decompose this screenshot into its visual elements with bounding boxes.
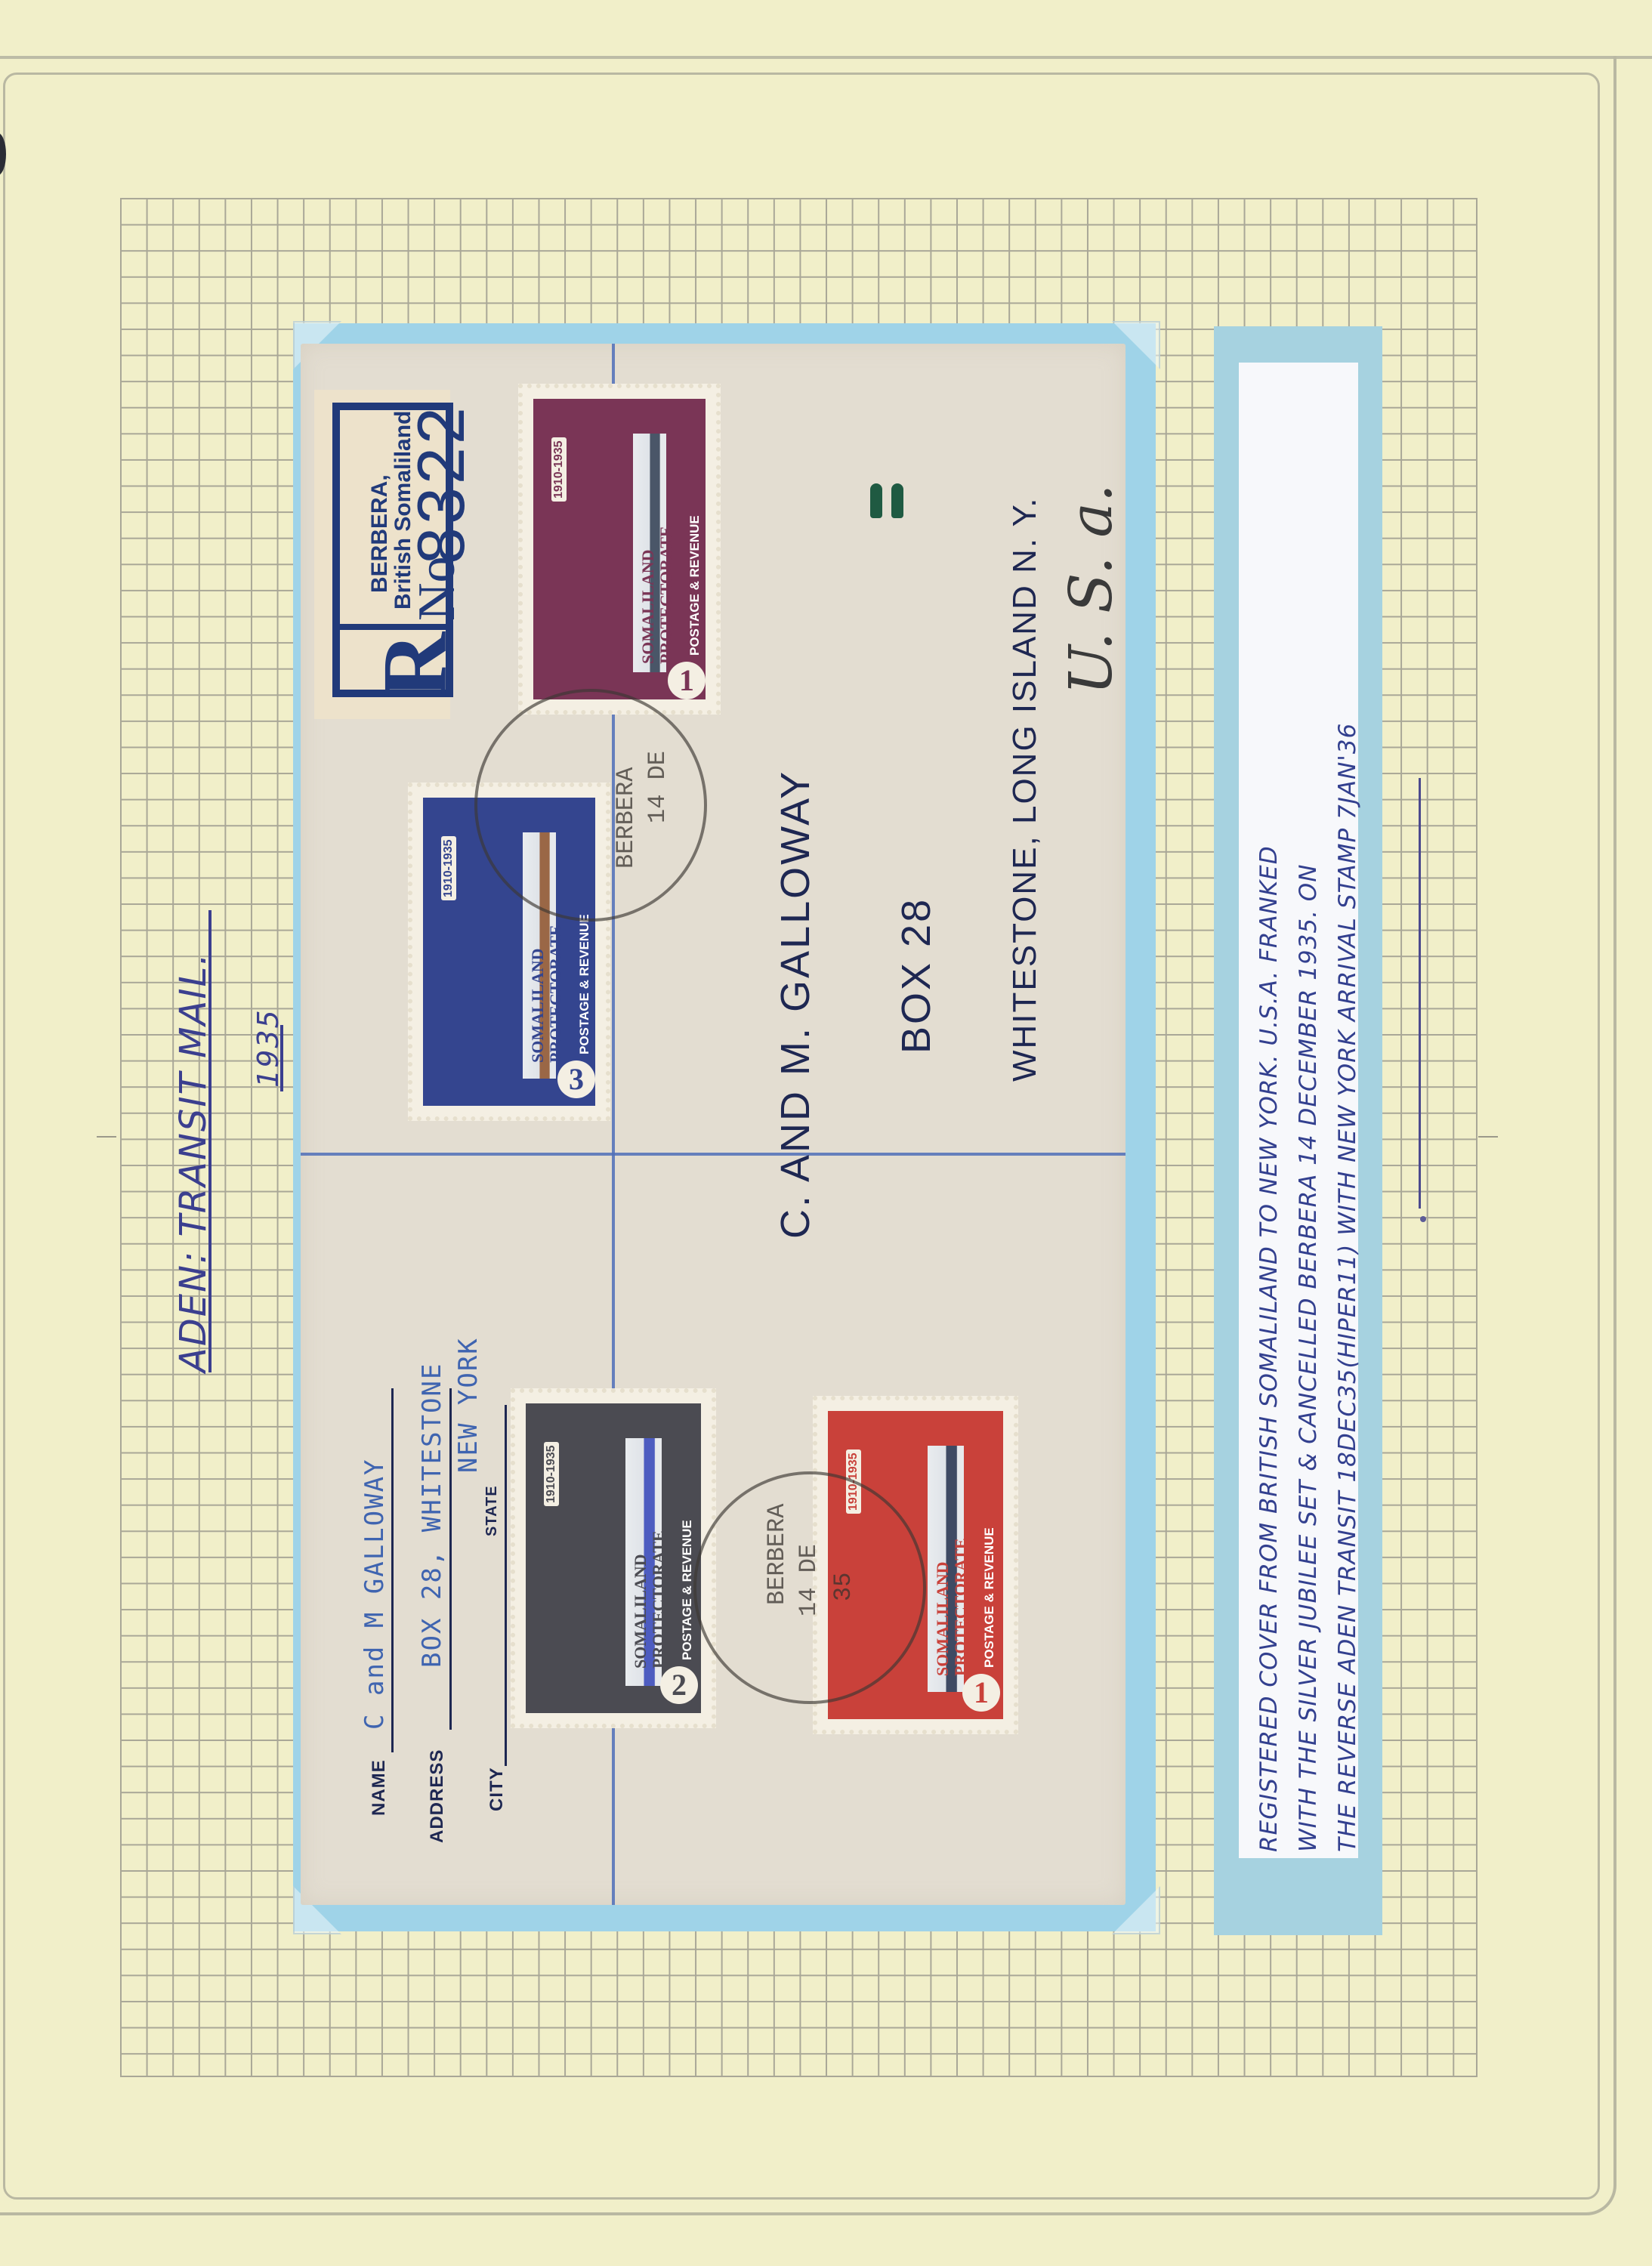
registration-number: 8322 <box>403 404 480 564</box>
stamp-value: 2 <box>660 1666 698 1704</box>
stamp-2-annas: 1910-1935SOMALILAND PROTECTORATEPOSTAGE … <box>511 1388 716 1728</box>
stamp-years: 1910-1935 <box>544 1442 559 1506</box>
stamp-issuer: SOMALILAND PROTECTORATE <box>529 925 565 1063</box>
pen-dot <box>1420 1216 1426 1222</box>
form-name-label: NAME <box>369 1759 390 1816</box>
stamp-frame: 1910-1935SOMALILAND PROTECTORATEPOSTAGE … <box>526 1403 701 1713</box>
form-address-value: BOX 28, WHITESTONE <box>417 1363 447 1668</box>
stamp-frame: 1910-1935SOMALILAND PROTECTORATEPOSTAGE … <box>533 399 706 699</box>
pen-guide-line <box>1419 778 1421 1209</box>
stamp-years: 1910-1935 <box>551 437 567 502</box>
stamp-value: 1 <box>962 1674 1000 1712</box>
stamp-issuer: SOMALILAND PROTECTORATE <box>631 1530 668 1669</box>
description-line-1: REGISTERED COVER FROM BRITISH SOMALILAND… <box>1249 845 1289 1852</box>
stamp-caption: POSTAGE & REVENUE <box>576 909 594 1059</box>
address-country-handwritten: U. S. a. <box>1058 483 1126 695</box>
address-box: BOX 28 <box>893 897 940 1054</box>
form-name-line <box>391 1388 394 1752</box>
stamp-issuer: SOMALILAND PROTECTORATE <box>639 526 675 664</box>
stamp-caption: POSTAGE & REVENUE <box>686 511 704 660</box>
registration-no-prefix: No <box>407 556 468 621</box>
registration-label-divider <box>340 624 446 630</box>
form-name-value: C and M GALLOWAY <box>360 1458 390 1730</box>
year-underline <box>280 1025 283 1091</box>
postmark-upper-date: 14 DE <box>644 751 672 823</box>
form-address-line <box>449 1388 452 1730</box>
grid-margin-tick <box>97 1136 116 1138</box>
form-state-value: NEW YORK <box>453 1337 483 1473</box>
form-address-label: ADDRESS <box>427 1749 448 1843</box>
stamp-1-rupee: 1910-1935SOMALILAND PROTECTORATEPOSTAGE … <box>518 384 721 715</box>
grid-margin-tick <box>1478 1136 1498 1138</box>
postmark-lower-town: BERBERA <box>763 1504 791 1605</box>
address-name: C. AND M. GALLOWAY <box>772 770 819 1239</box>
registration-line-horizontal <box>301 1153 1126 1156</box>
green-crayon-mark <box>891 483 903 518</box>
stamp-value: 1 <box>668 662 706 699</box>
stamp-years: 1910-1935 <box>441 836 456 900</box>
green-crayon-mark <box>870 483 882 518</box>
stamp-caption: POSTAGE & REVENUE <box>980 1523 999 1672</box>
postmark-lower-date: 14 DE <box>795 1544 823 1616</box>
form-city-line <box>505 1405 507 1766</box>
form-city-label: CITY <box>486 1767 508 1811</box>
postmark-upper-town: BERBERA <box>612 767 640 869</box>
postmark-berbera-upper <box>474 689 707 922</box>
registration-town: BERBERA, <box>367 474 393 593</box>
registration-letter: R <box>363 632 468 699</box>
address-city: WHITESTONE, LONG ISLAND N. Y. <box>1006 497 1044 1082</box>
description-line-2: WITH THE SILVER JUBILEE SET & CANCELLED … <box>1289 864 1328 1852</box>
title-underline <box>208 910 212 1372</box>
description-line-3: THE REVERSE ADEN TRANSIT 18DEC35(HIPER11… <box>1328 723 1367 1852</box>
stamp-value: 3 <box>557 1060 595 1098</box>
stamp-issuer: SOMALILAND PROTECTORATE <box>934 1538 970 1676</box>
form-state-label: STATE <box>483 1485 501 1536</box>
postmark-lower-year: 35 <box>829 1573 857 1601</box>
